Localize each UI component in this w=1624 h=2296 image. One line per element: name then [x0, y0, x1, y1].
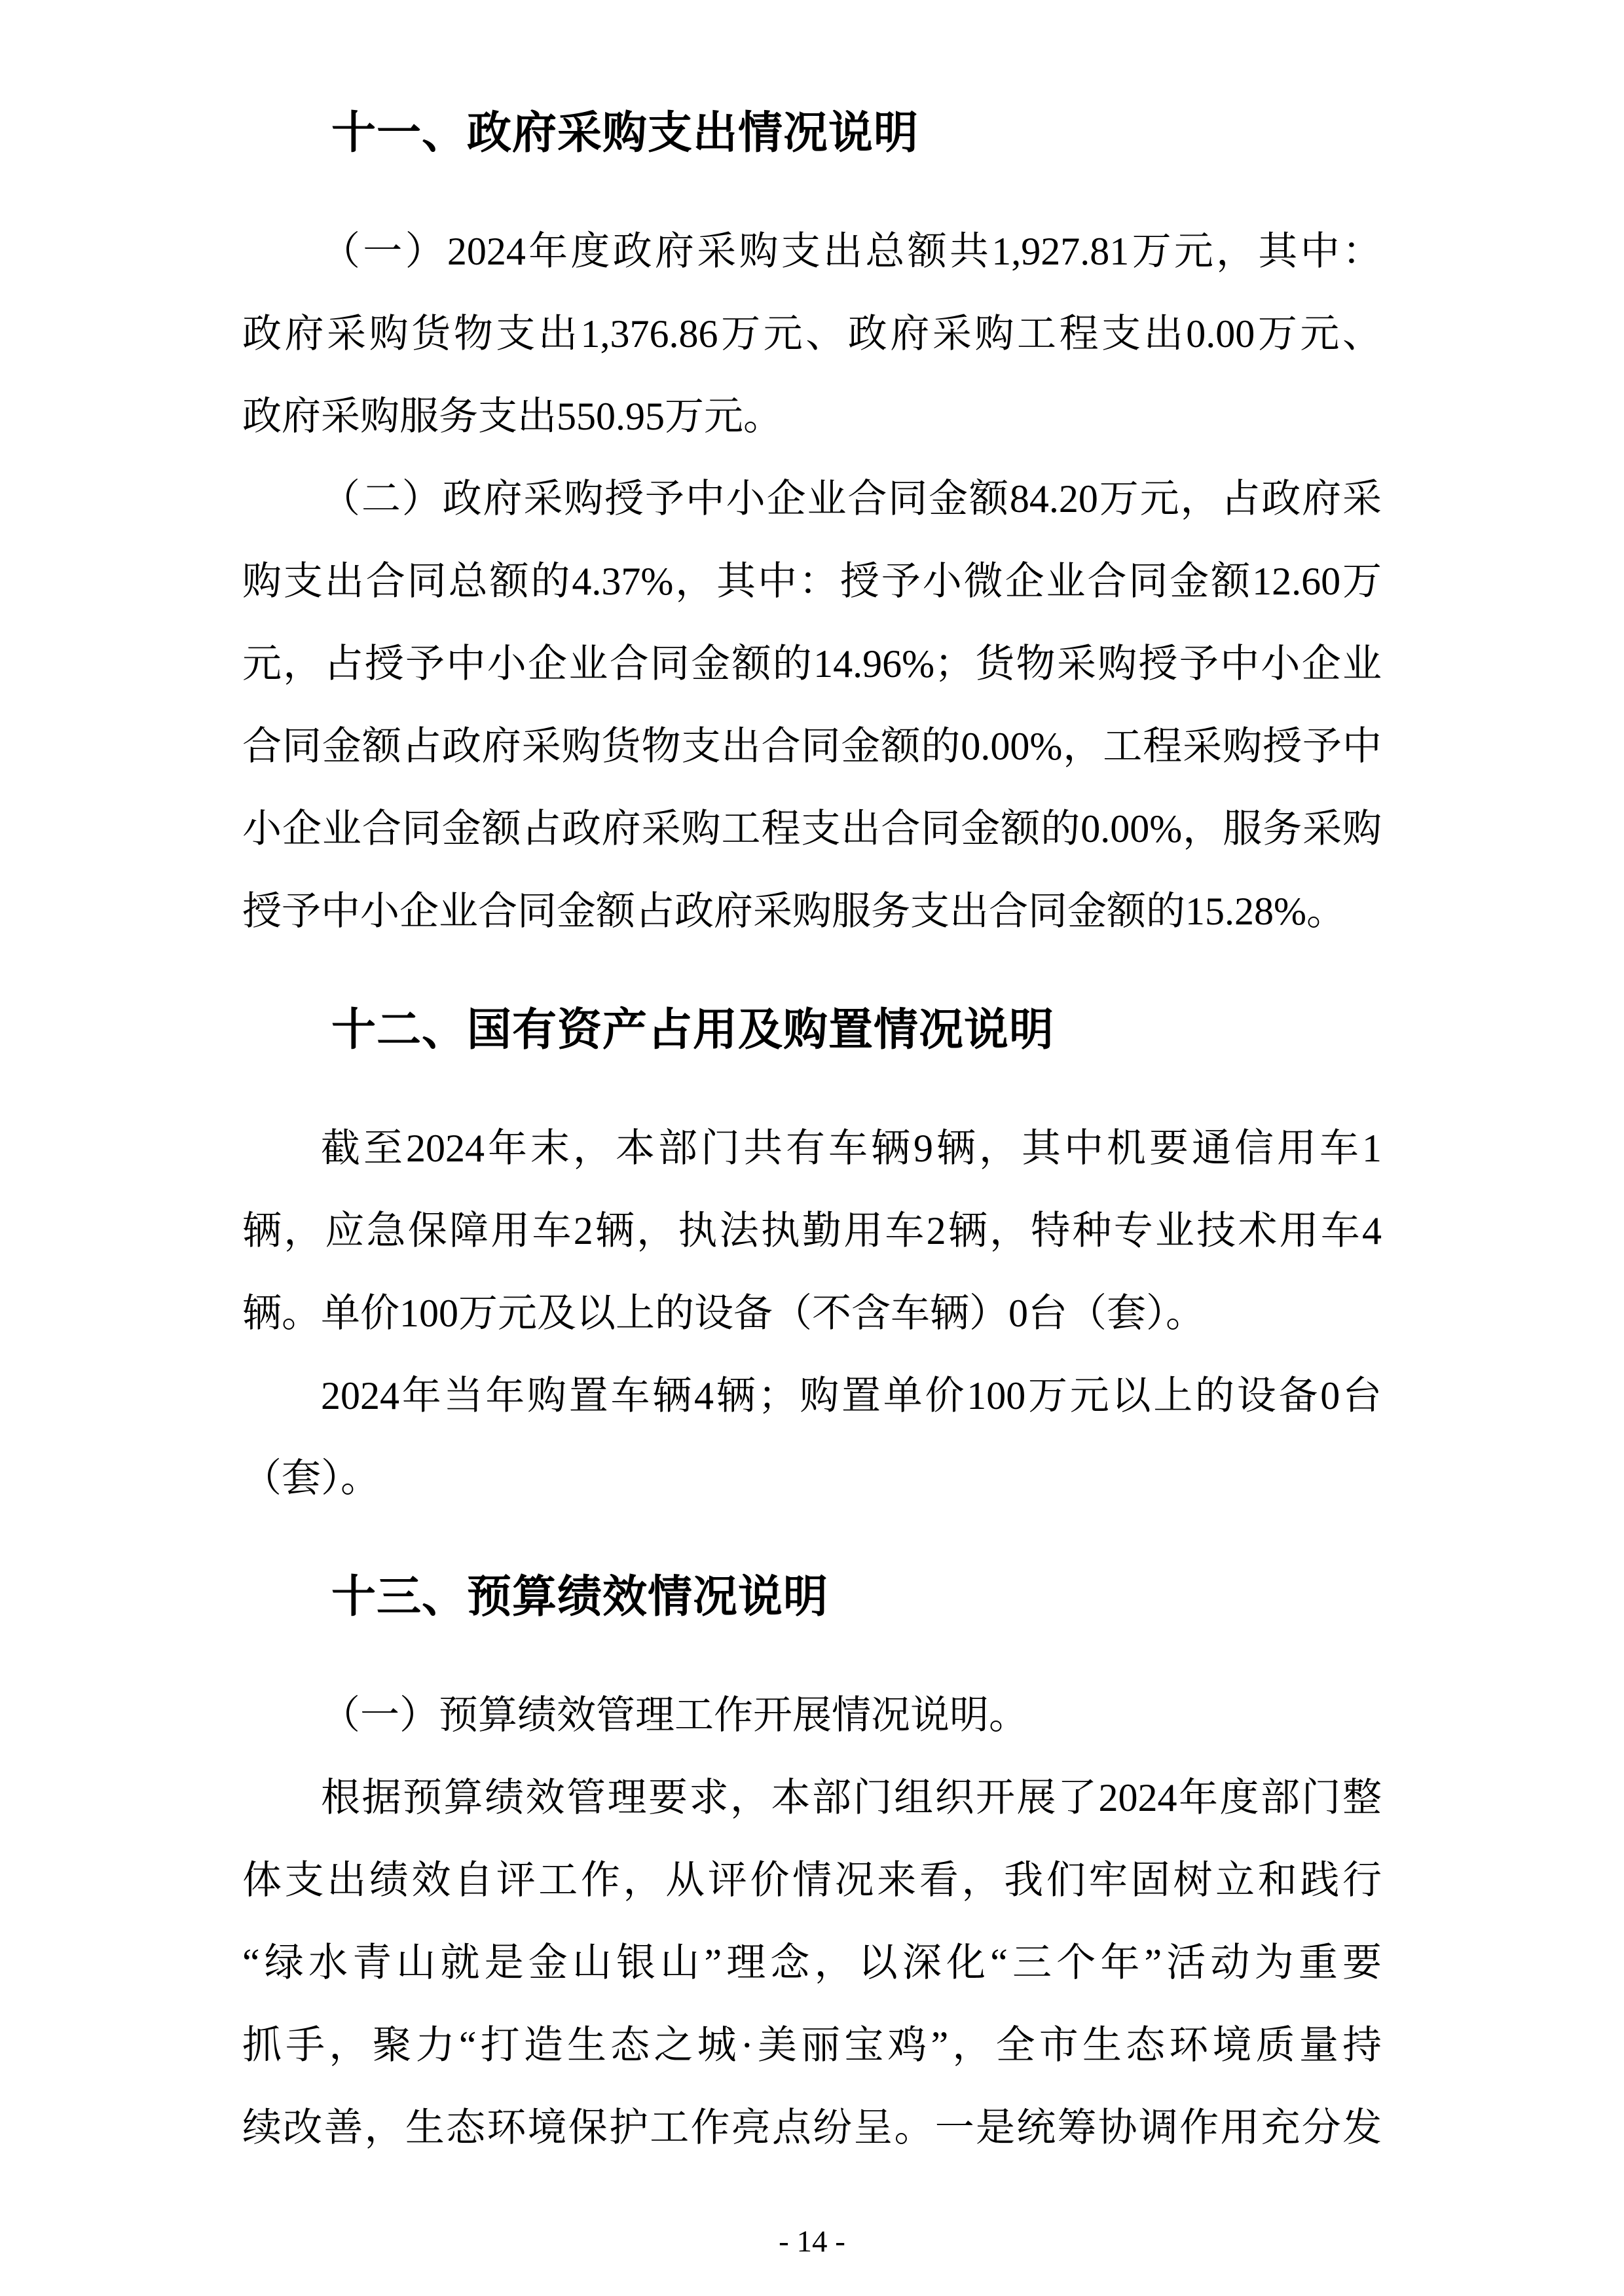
body-line: 政府采购货物支出1,376.86万元、政府采购工程支出0.00万元、: [242, 293, 1382, 375]
page-number: - 14 -: [0, 2221, 1624, 2263]
body-line: 辆，应急保障用车2辆，执法执勤用车2辆，特种专业技术用车4: [242, 1190, 1382, 1272]
document-page: 十一、政府采购支出情况说明 （一）2024年度政府采购支出总额共1,927.81…: [0, 0, 1624, 2296]
section-11-heading: 十一、政府采购支出情况说明: [242, 92, 1382, 174]
body-line: 元，占授予中小企业合同金额的14.96%；货物采购授予中小企业: [242, 623, 1382, 705]
section-13-heading: 十三、预算绩效情况说明: [242, 1556, 1382, 1638]
body-line: 截至2024年末，本部门共有车辆9辆，其中机要通信用车1: [242, 1107, 1382, 1190]
section-12-heading: 十二、国有资产占用及购置情况说明: [242, 989, 1382, 1071]
body-line: 体支出绩效自评工作，从评价情况来看，我们牢固树立和践行: [242, 1839, 1382, 1922]
body-line: 续改善，生态环境保护工作亮点纷呈。一是统筹协调作用充分发: [242, 2086, 1382, 2169]
body-line: 抓手，聚力“打造生态之城·美丽宝鸡”，全市生态环境质量持: [242, 2004, 1382, 2086]
body-line: （一）2024年度政府采购支出总额共1,927.81万元，其中：: [242, 210, 1382, 293]
document-body: 十一、政府采购支出情况说明 （一）2024年度政府采购支出总额共1,927.81…: [242, 92, 1382, 2169]
body-line: 小企业合同金额占政府采购工程支出合同金额的0.00%，服务采购: [242, 788, 1382, 870]
body-line: 合同金额占政府采购货物支出合同金额的0.00%，工程采购授予中: [242, 705, 1382, 788]
body-line: （二）政府采购授予中小企业合同金额84.20万元，占政府采: [242, 458, 1382, 540]
body-line: 授予中小企业合同金额占政府采购服务支出合同金额的15.28%。: [242, 870, 1382, 953]
body-line: （套）。: [242, 1437, 1382, 1520]
body-line: 根据预算绩效管理要求，本部门组织开展了2024年度部门整: [242, 1757, 1382, 1839]
body-line: 购支出合同总额的4.37%，其中：授予小微企业合同金额12.60万: [242, 540, 1382, 623]
body-line: 辆。单价100万元及以上的设备（不含车辆）0台（套）。: [242, 1272, 1382, 1355]
body-line: （一）预算绩效管理工作开展情况说明。: [242, 1674, 1382, 1757]
body-line: “绿水青山就是金山银山”理念，以深化“三个年”活动为重要: [242, 1922, 1382, 2004]
body-line: 政府采购服务支出550.95万元。: [242, 375, 1382, 458]
body-line: 2024年当年购置车辆4辆；购置单价100万元以上的设备0台: [242, 1355, 1382, 1437]
